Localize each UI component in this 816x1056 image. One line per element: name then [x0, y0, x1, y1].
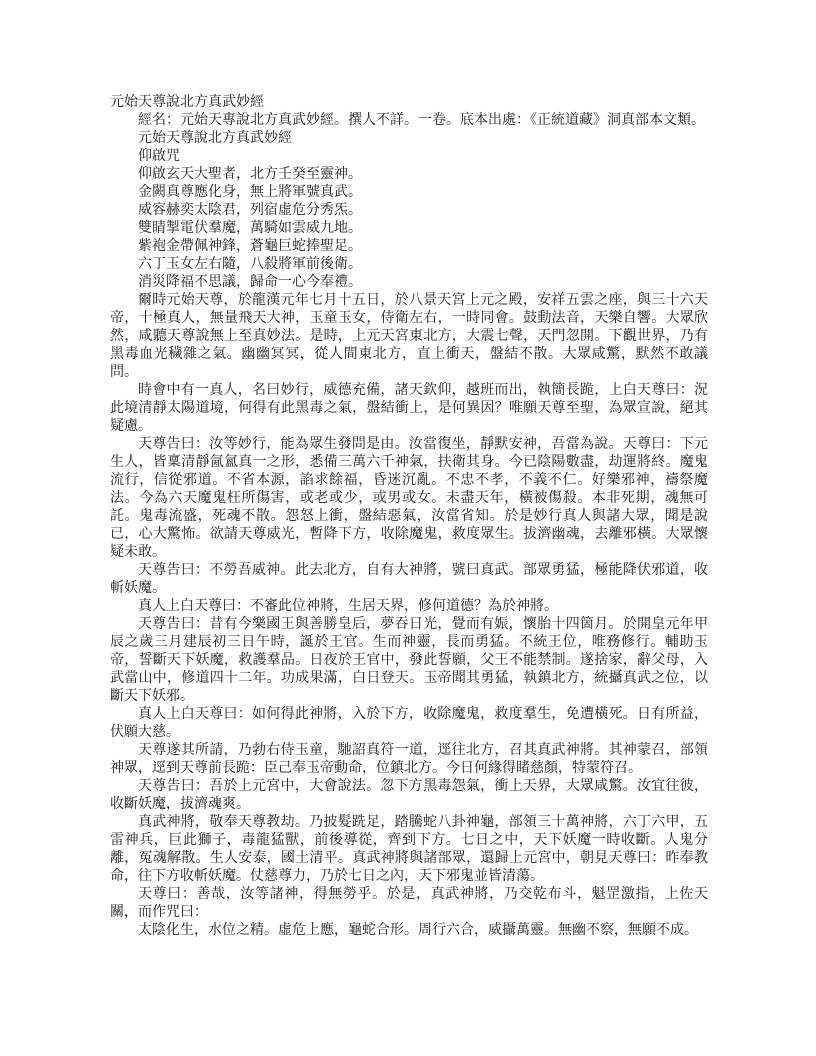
document-title: 元始天尊說北方真武妙經 — [110, 94, 708, 112]
verse-line: 金闕真尊應化身，無上將軍號真武。 — [110, 184, 708, 202]
body-paragraph: 真武神將，敬奉天尊教劫。乃披髮跣足，踏騰蛇八卦神龜，部領三十萬神將，六丁六甲，五… — [110, 814, 708, 886]
inner-title: 元始天尊說北方真武妙經 — [110, 130, 708, 148]
body-paragraph: 天尊告曰：不勞吾威神。此去北方，自有大神將，號曰真武。部眾勇猛，極能降伏邪道，收… — [110, 562, 708, 598]
verse-line: 仰啟玄天大聖者，北方壬癸至靈神。 — [110, 166, 708, 184]
body-paragraph: 天尊遂其所請，乃勃右侍玉童，馳詔真符一道，逕往北方，召其真武神將。其神蒙召，部領… — [110, 742, 708, 778]
body-paragraph: 真人上白天尊曰：不審此位神將，生居天界，修何道德？為於神將。 — [110, 598, 708, 616]
body-paragraph: 爾時元始天尊，於龍漢元年七月十五日，於八景天宮上元之殿，安祥五雲之座，與三十六天… — [110, 292, 708, 382]
body-paragraph: 天尊告曰：汝等妙行，能為眾生發問是由。汝當復坐，靜默安神，吾當為說。天尊曰：下元… — [110, 436, 708, 562]
incantation-heading: 仰啟咒 — [110, 148, 708, 166]
document-page: 元始天尊說北方真武妙經 經名：元始天專說北方真武妙經。撰人不詳。一卷。底本出處：… — [0, 0, 816, 1056]
colophon-line: 經名：元始天專說北方真武妙經。撰人不詳。一卷。底本出處：《正統道藏》洞真部本文類… — [110, 112, 708, 130]
verse-line: 紫袍金帶佩神鋒，蒼龜巨蛇捧聖足。 — [110, 238, 708, 256]
body-paragraph: 時會中有一真人，名曰妙行，威德充備，諸天欽仰，越班而出，執簡長跪，上白天尊曰：況… — [110, 382, 708, 436]
closing-mantra: 太陰化生，水位之精。虛危上應，龜蛇合形。周行六合，威攝萬靈。無幽不察，無願不成。 — [110, 922, 708, 940]
verse-line: 六丁玉女左右隨，八殺將軍前後衛。 — [110, 256, 708, 274]
verse-line: 消災降福不思議，歸命一心今奉禮。 — [110, 274, 708, 292]
verse-line: 雙睛掣電伏羣魔，萬騎如雲威九地。 — [110, 220, 708, 238]
verse-line: 威容赫奕太陰君，列宿虛危分秀炁。 — [110, 202, 708, 220]
body-paragraph: 真人上白天尊曰：如何得此神將，入於下方，收除魔鬼，救度羣生，免遭橫死。日有所益，… — [110, 706, 708, 742]
body-paragraph: 天尊告曰：昔有今樂國王與善勝皇后，夢吞日光，覺而有娠，懷胎十四箇月。於開皇元年甲… — [110, 616, 708, 706]
body-paragraph: 天尊告曰：吾於上元宮中，大會說法。忽下方黑毒怨氣，衝上天界，大眾咸驚。汝宜往彼，… — [110, 778, 708, 814]
body-paragraph: 天尊曰：善哉，汝等諸神，得無勞乎。於是，真武神將，乃交乾布斗，魁罡激指，上佐天關… — [110, 886, 708, 922]
